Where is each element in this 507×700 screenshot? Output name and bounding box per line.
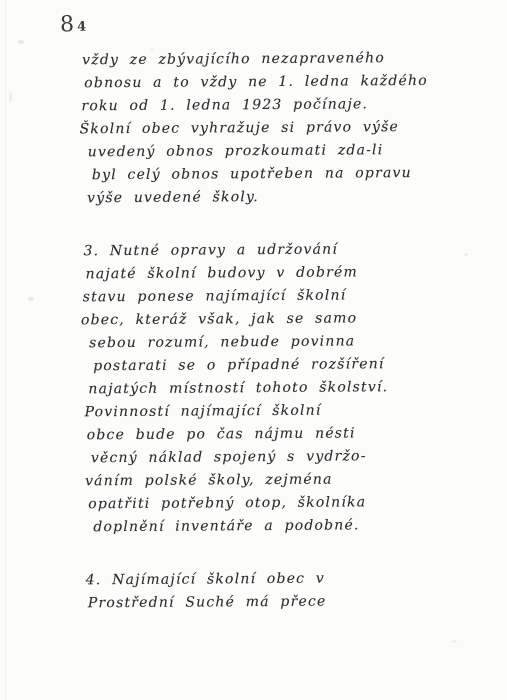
handwritten-line: výše uvedené školy. (87, 185, 455, 211)
scan-edge-artifact (5, 0, 6, 700)
handwritten-line: doplnění inventáře a podobné. (93, 514, 457, 540)
handwritten-line: uvedený obnos prozkoumati zda-li (88, 139, 455, 165)
handwritten-line: byl celý obnos upotřeben na opravu (92, 162, 455, 188)
paragraph: 4. Najímající školní obec vProstřední Su… (86, 567, 458, 616)
handwritten-line: Povinností najímající školní (84, 399, 456, 425)
handwritten-line: obec, kteráž však, jak se samo (81, 307, 456, 333)
manuscript-text: vždy ze zbývajícího nezapravenéhoobnosu … (82, 47, 458, 616)
scan-smudge (9, 92, 12, 103)
handwritten-line: 3. Nutné opravy a udržování (83, 238, 455, 264)
handwritten-line: vždy ze zbývajícího nezapraveného (82, 47, 454, 73)
handwritten-line: najatých místností tohoto školství. (88, 376, 456, 402)
handwritten-line: sebou rozumí, nebude povinna (89, 330, 456, 356)
paragraph: vždy ze zbývajícího nezapravenéhoobnosu … (82, 47, 455, 211)
handwritten-line: Školní obec vyhražuje si právo výše (80, 116, 455, 142)
paragraph: 3. Nutné opravy a udržovánínajaté školní… (83, 238, 457, 540)
page-number: 84 (60, 12, 90, 38)
handwritten-line: postarati se o případné rozšíření (93, 353, 456, 379)
handwritten-line: váním polské školy, zejména (85, 468, 457, 494)
scan-smudge (28, 297, 34, 301)
handwritten-line: obce bude po čas nájmu nésti (87, 422, 457, 448)
scan-smudge (464, 253, 468, 256)
handwritten-line: věcný náklad spojený s vydržo- (91, 445, 457, 471)
handwritten-line: stavu ponese najímající školní (83, 284, 456, 310)
handwritten-line: obnosu a to vždy ne 1. ledna každého (84, 70, 454, 96)
handwritten-line: opatřiti potřebný otop, školníka (88, 491, 457, 517)
handwritten-line: Prostřední Suché má přece (88, 590, 458, 616)
scanned-manuscript-page: 84 vždy ze zbývajícího nezapravenéhoobno… (0, 0, 507, 700)
handwritten-line: roku od 1. ledna 1923 počínaje. (81, 93, 454, 119)
scan-smudge (452, 640, 457, 643)
scan-smudge (18, 40, 24, 44)
handwritten-line: 4. Najímající školní obec v (86, 567, 458, 593)
handwritten-line: najaté školní budovy v dobrém (86, 261, 456, 287)
